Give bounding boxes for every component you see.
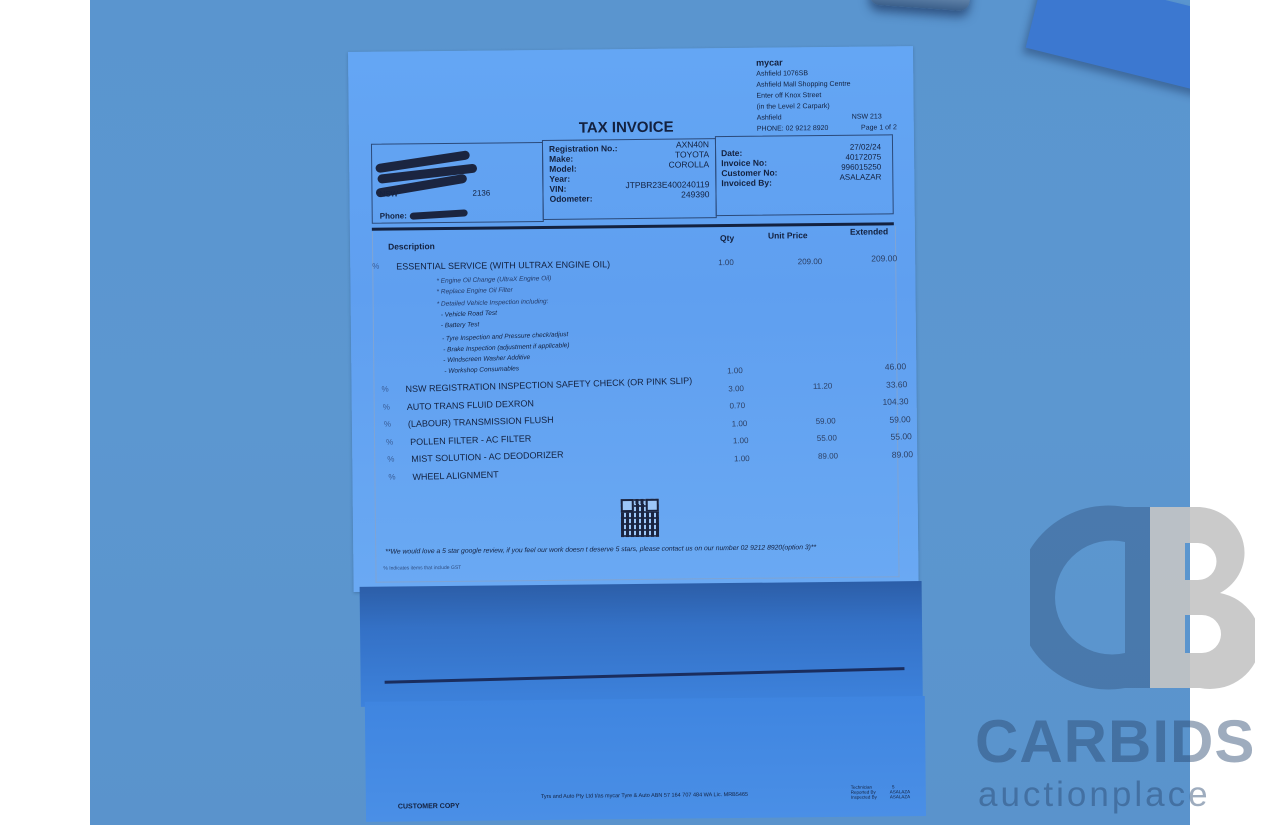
item-qty: 1.00 <box>734 453 750 462</box>
company-suburb: Ashfield <box>757 112 782 123</box>
invoice-detail-values: 27/02/24 40172075 996015250 ASALAZAR <box>789 142 881 183</box>
desk-paper <box>1026 0 1190 96</box>
company-state: NSW 213 <box>852 111 882 122</box>
watermark-brand: CARBIDS <box>975 712 1255 772</box>
carbids-logo-icon <box>1030 505 1255 690</box>
company-phone: PHONE: 02 9212 8920 <box>757 123 829 135</box>
registration-label: Registration No.: <box>549 143 618 154</box>
qr-code <box>621 499 659 537</box>
item-extended: 104.30 <box>864 396 909 407</box>
item-unit-price: 209.00 <box>772 257 822 267</box>
document-title: TAX INVOICE <box>579 119 674 137</box>
desk-object <box>869 0 971 11</box>
gst-marker: % <box>381 385 388 394</box>
item-description: ESSENTIAL SERVICE (WITH ULTRAX ENGINE OI… <box>396 259 610 271</box>
gst-marker: % <box>387 454 394 463</box>
model-value: COROLLA <box>609 159 709 170</box>
column-header-description: Description <box>388 241 435 251</box>
item-qty: 3.00 <box>728 384 744 393</box>
watermark-tagline: auctionplace <box>978 775 1211 815</box>
inspected-by-label: Inspected By <box>851 795 877 800</box>
customer-copy-label: CUSTOMER COPY <box>398 803 460 811</box>
column-header-qty: Qty <box>720 233 734 243</box>
customer-no-label: Customer No: <box>721 168 777 179</box>
invoice-detail-labels: Date: Invoice No: Customer No: Invoiced … <box>721 148 778 189</box>
tax-invoice-sheet: mycar Ashfield 1076SB Ashfield Mall Shop… <box>348 46 928 822</box>
invoiced-by-label: Invoiced By: <box>721 178 777 189</box>
item-extended: 46.00 <box>861 361 906 372</box>
odometer-value: 249390 <box>609 189 709 200</box>
item-extended: 33.60 <box>862 379 907 390</box>
vehicle-values: AXN40N TOYOTA COROLLA JTPBR23E400240119 … <box>609 139 710 200</box>
odometer-label: Odometer: <box>549 193 618 204</box>
technician-block: Technician5 Reported ByASALAZA Inspected… <box>851 784 910 800</box>
item-description: WHEEL ALIGNMENT <box>412 469 498 482</box>
item-extended: 209.00 <box>852 253 897 263</box>
item-qty: 0.70 <box>730 401 746 410</box>
gst-marker: % <box>372 262 379 271</box>
customer-postcode: 2136 <box>472 189 490 198</box>
customer-phone-label: Phone: <box>380 211 407 220</box>
item-qty: 1.00 <box>733 436 749 445</box>
date-label: Date: <box>721 148 777 159</box>
item-qty: 1.00 <box>718 258 734 267</box>
invoice-no-label: Invoice No: <box>721 158 777 169</box>
gst-marker: % <box>386 437 393 446</box>
company-address: mycar Ashfield 1076SB Ashfield Mall Shop… <box>756 56 897 134</box>
item-extended: 59.00 <box>865 414 910 425</box>
customer-state: NSW <box>379 189 398 198</box>
item-qty: 1.00 <box>727 366 743 375</box>
item-unit-price: 55.00 <box>787 433 837 443</box>
invoice-photo: mycar Ashfield 1076SB Ashfield Mall Shop… <box>90 0 1190 825</box>
item-extended: 55.00 <box>867 431 912 442</box>
item-qty: 1.00 <box>731 418 747 427</box>
item-extended: 89.00 <box>868 449 913 460</box>
page-indicator: Page 1 of 2 <box>861 122 897 133</box>
item-unit-price: 89.00 <box>788 451 838 461</box>
invoiced-by-value: ASALAZAR <box>789 172 881 183</box>
column-header-extended: Extended <box>850 226 888 236</box>
gst-marker: % <box>388 472 395 481</box>
column-header-unit-price: Unit Price <box>768 230 808 240</box>
gst-note: % Indicates items that include GST <box>383 565 461 572</box>
sheet-fold-shadow <box>360 581 923 707</box>
item-unit-price: 11.20 <box>782 381 832 391</box>
vehicle-labels: Registration No.: Make: Model: Year: VIN… <box>549 143 618 204</box>
gst-marker: % <box>384 420 391 429</box>
item-unit-price: 59.00 <box>785 416 835 426</box>
gst-marker: % <box>383 402 390 411</box>
inspected-by-value: ASALAZA <box>890 794 910 799</box>
